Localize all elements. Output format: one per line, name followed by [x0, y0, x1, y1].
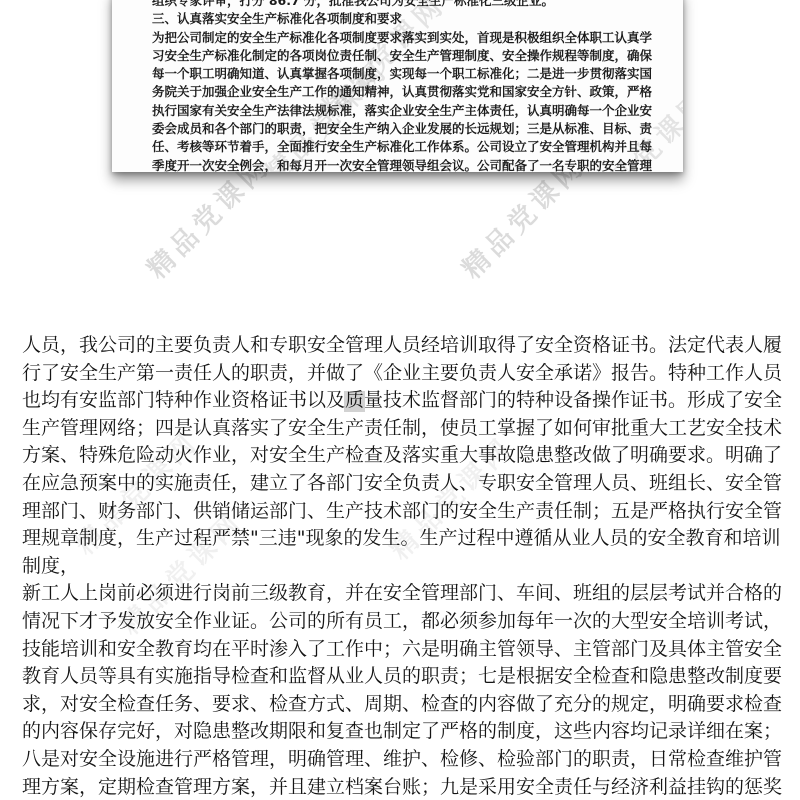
preview-text-line: 执行国家有关安全生产法律法规标准，落实企业安全生产主体责任，认真明确每一个企业安 — [152, 102, 663, 120]
body-text-line: 的内容保存完好，对隐患整改期限和复查也制定了严格的制度，这些内容均记录详细在案； — [22, 718, 784, 746]
body-text-line: 也均有安监部门特种作业资格证书以及质量技术监督部门的特种设备操作证书。形成了安全 — [22, 387, 784, 415]
body-text-line: 行了安全生产第一责任人的职责，并做了《企业主要负责人安全承诺》报告。特种工作人员 — [22, 360, 784, 388]
document-preview-page: 精品党课网 精品党课网 精品党课网 组织专家评审，打分 86.7 分，批准我公司… — [112, 0, 683, 172]
body-text-line: 技能培训和安全教育均在平时渗入了工作中；六是明确主管领导、主管部门及具体主管安全 — [22, 636, 784, 664]
body-text-line: 在应急预案中的实施责任，建立了各部门安全负责人、专职安全管理人员、班组长、安全管 — [22, 470, 784, 498]
body-text-line: 生产管理网络；四是认真落实了安全生产责任制，使员工掌握了如何审批重大工艺安全技术 — [22, 415, 784, 443]
preview-text-line: 委会成员和各个部门的职责，把安全生产纳入企业发展的长远规划；三是从标准、目标、责 — [152, 120, 663, 138]
preview-text-line: 组织专家评审，打分 86.7 分，批准我公司为安全生产标准化三级企业。 — [152, 0, 663, 10]
body-text-line: 求，对安全检查任务、要求、检查方式、周期、检查的内容做了充分的规定，明确要求检查 — [22, 691, 784, 719]
body-text-line: 新工人上岗前必须进行岗前三级教育，并在安全管理部门、车间、班组的层层考试并合格的 — [22, 580, 784, 608]
preview-text-line: 季度开一次安全例会，和每月开一次安全管理领导组会议。公司配备了一名专职的安全管理 — [152, 157, 663, 172]
body-text-line: 理规章制度，生产过程严禁"三违"现象的发生。生产过程中遵循从业人员的安全教育和培… — [22, 525, 784, 553]
preview-text-line: 任、考核等环节着手，全面推行安全生产标准化工作体系。公司设立了安全管理机构并且每 — [152, 138, 663, 156]
preview-text-line: 每一个职工明确知道、认真掌握各项制度，实现每一个职工标准化；二是进一步贯彻落实国 — [152, 65, 663, 83]
body-text: 人员，我公司的主要负责人和专职安全管理人员经培训取得了安全资格证书。法定代表人履… — [22, 332, 784, 800]
preview-text-line: 务院关于加强企业安全生产工作的通知精神，认真贯彻落实党和国家安全方针、政策，严格 — [152, 83, 663, 101]
body-text-line: 制度， — [22, 553, 784, 581]
preview-text: 组织专家评审，打分 86.7 分，批准我公司为安全生产标准化三级企业。三、认真落… — [152, 0, 663, 172]
body-text-line: 理部门、财务部门、供销储运部门、生产技术部门的安全生产责任制；五是严格执行安全管 — [22, 498, 784, 526]
page-root: 精品党课网 精品党课网 精品党课网 精品党课网 精品党课网 精品党课网 精品党课… — [0, 0, 800, 800]
preview-text-line: 为把公司制定的安全生产标准化各项制度要求落实到实处，首现是积极组织全体职工认真学 — [152, 29, 663, 47]
body-text-line: 教育人员等具有实施指导检查和监督从业人员的职责；七是根据安全检查和隐患整改制度要 — [22, 663, 784, 691]
body-text-line: 方案、特殊危险动火作业，对安全生产检查及落实重大事故隐患整改做了明确要求。明确了 — [22, 442, 784, 470]
body-text-line: 人员，我公司的主要负责人和专职安全管理人员经培训取得了安全资格证书。法定代表人履 — [22, 332, 784, 360]
body-text-line: 八是对安全设施进行严格管理，明确管理、维护、检修、检验部门的职责，日常检查维护管 — [22, 746, 784, 774]
body-text-line: 理方案，定期检查管理方案，并且建立档案台账；九是采用安全责任与经济利益挂钩的惩奖 — [22, 774, 784, 800]
preview-text-line: 习安全生产标准化制定的各项岗位责任制、安全生产管理制度、安全操作规程等制度，确保 — [152, 47, 663, 65]
preview-text-line: 三、认真落实安全生产标准化各项制度和要求 — [152, 10, 663, 28]
body-text-line: 情况下才予发放安全作业证。公司的所有员工，都必须参加每年一次的大型安全培训考试， — [22, 608, 784, 636]
